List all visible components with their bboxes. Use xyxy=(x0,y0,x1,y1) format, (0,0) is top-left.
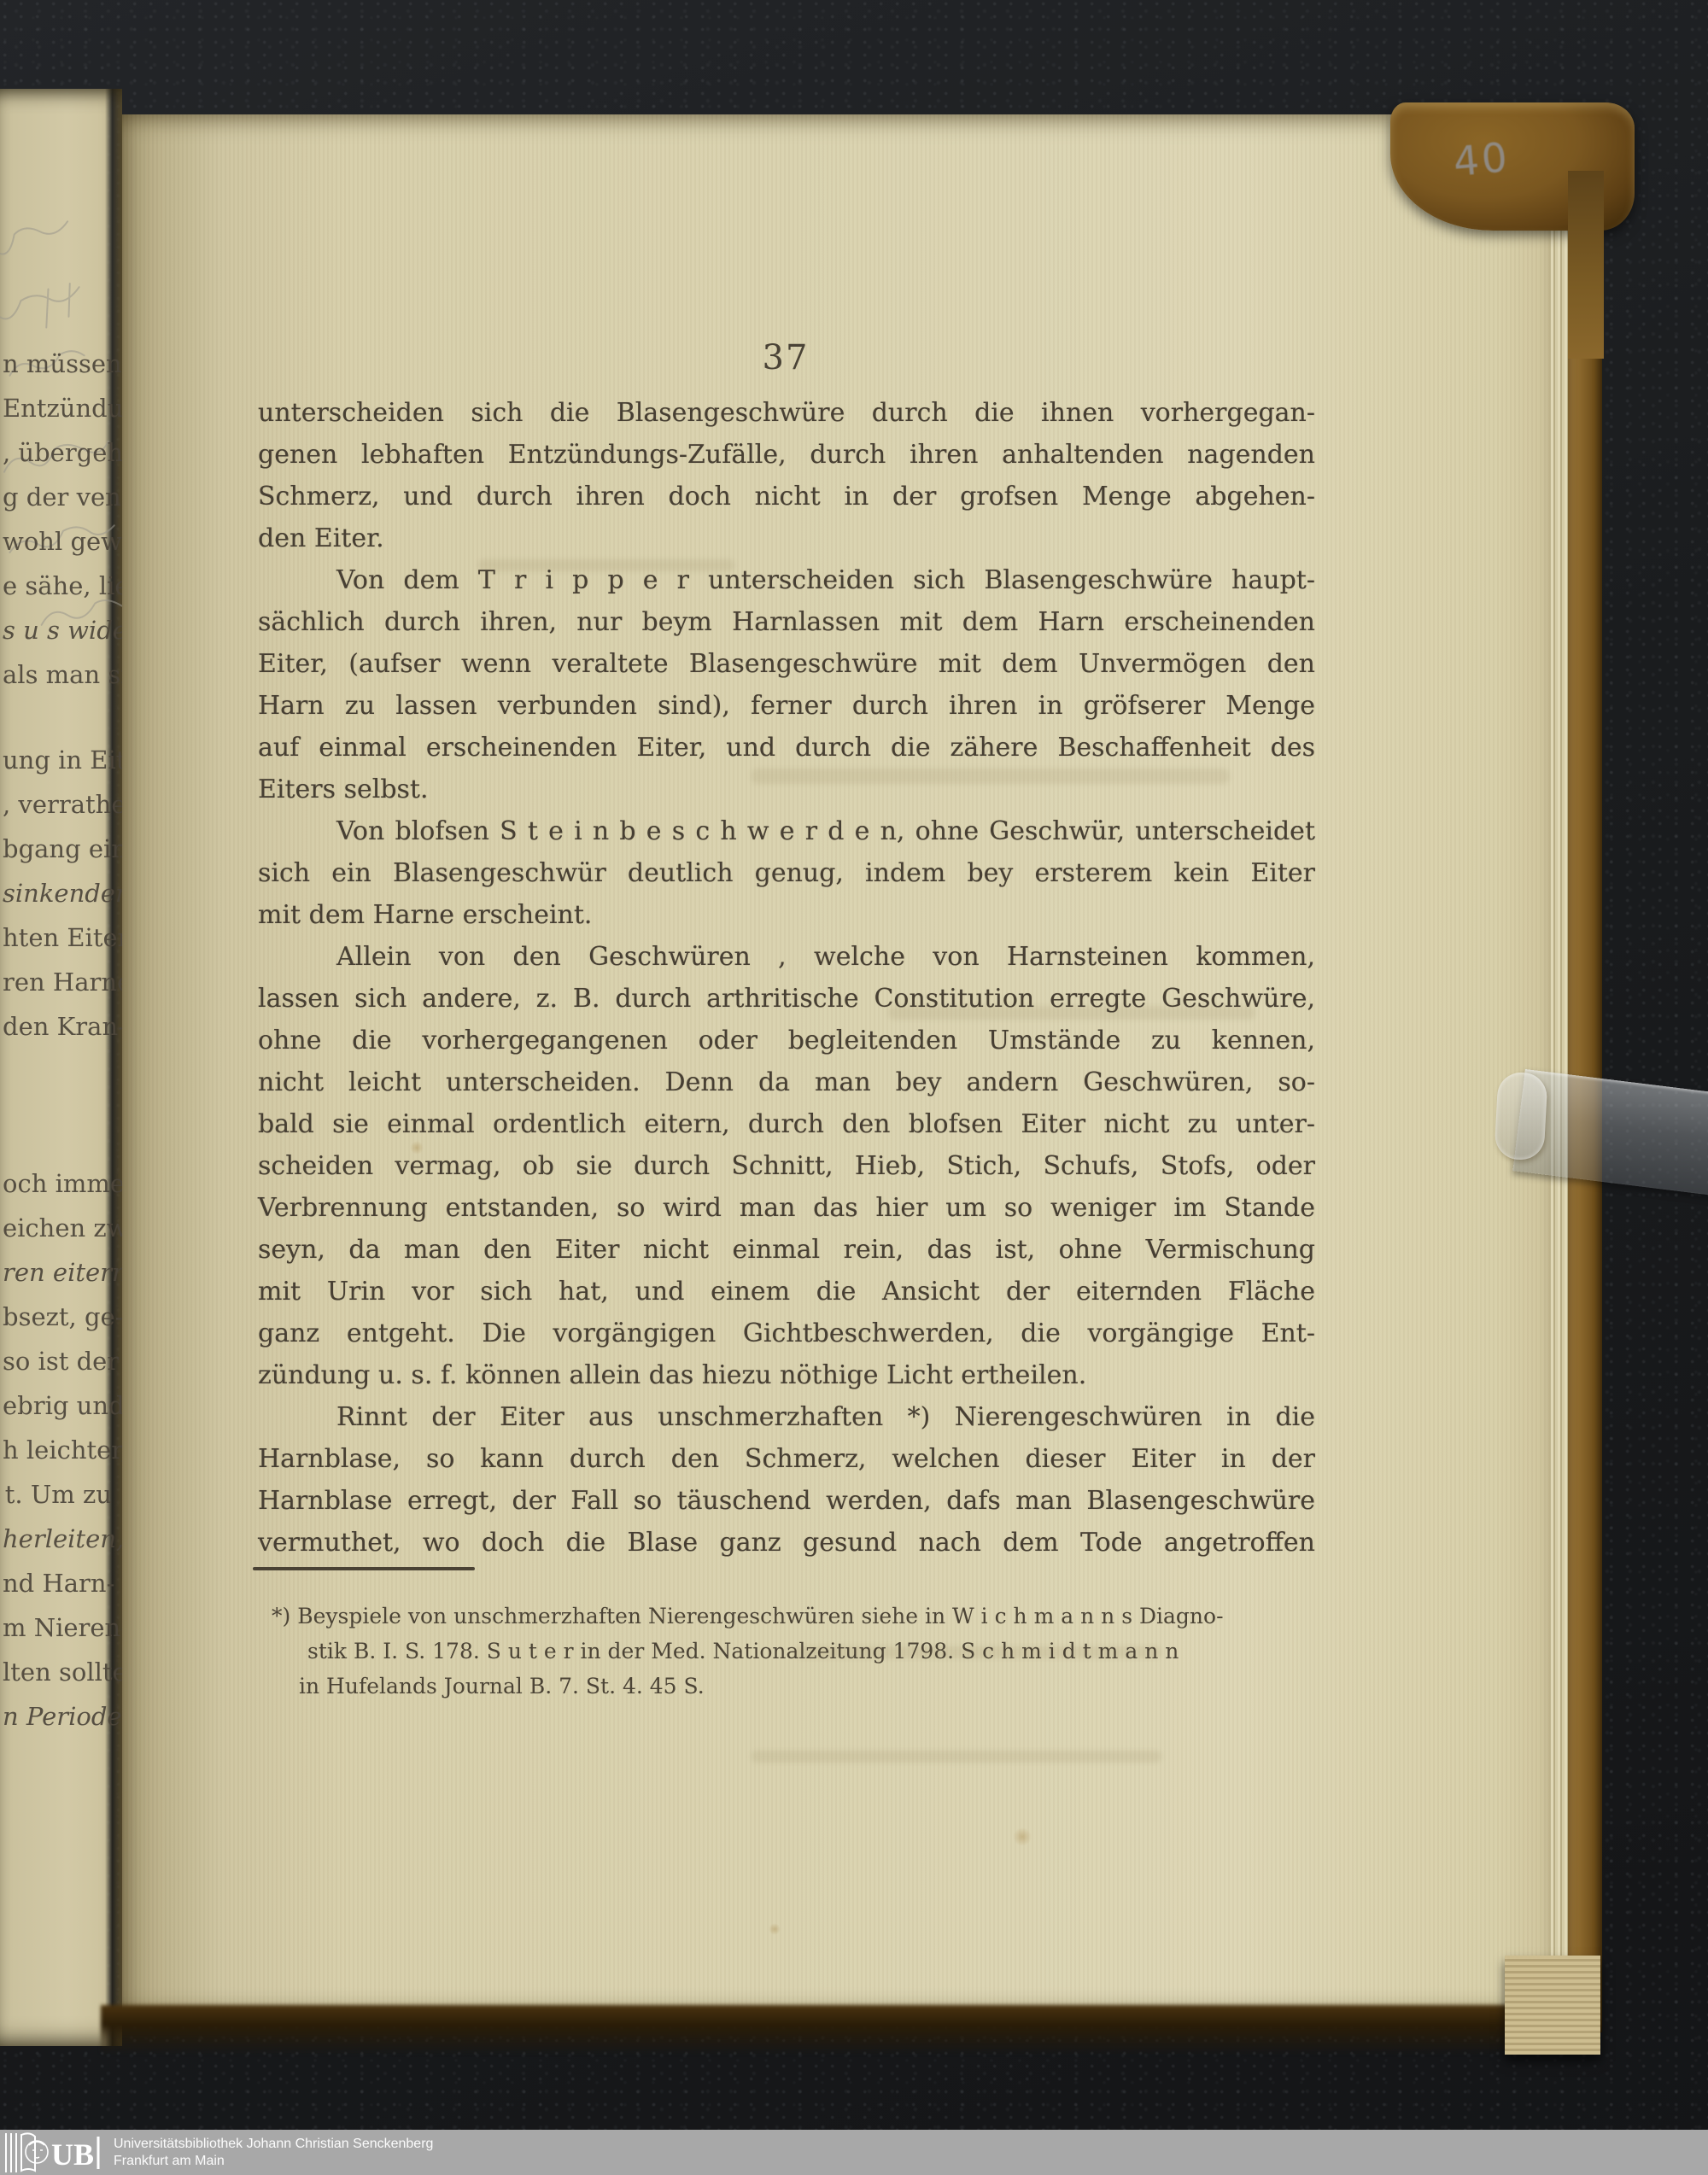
worn-corner-side xyxy=(1568,171,1604,359)
facing-text-line: h leichter, xyxy=(3,1428,112,1472)
facing-text-line: ung in Eite- xyxy=(3,738,112,782)
facing-text-line: , verrathen, xyxy=(3,782,112,827)
facing-text-line: den Kran- xyxy=(3,1004,112,1049)
book-scan-viewport: n müssen, soEntzündung,, übergehen.g der… xyxy=(0,0,1708,2175)
library-name: Universitätsbibliothek Johann Christian … xyxy=(114,2136,433,2170)
page-fore-edge xyxy=(1551,125,1570,2014)
text-line: Von dem T r i p p e r unterscheiden sich… xyxy=(258,559,1315,601)
library-footer-bar: UB Universitätsbibliothek Johann Christi… xyxy=(0,2130,1708,2175)
facing-text-line: eichen zwi- xyxy=(3,1206,112,1250)
facing-text-line: lten sollte. xyxy=(3,1650,112,1694)
footnote-block: *) Beyspiele von unschmerzhaften Niereng… xyxy=(272,1599,1313,1704)
facing-text-line: ren Harnes xyxy=(3,960,112,1004)
text-line: bald sie einmal ordentlich eitern, durch… xyxy=(258,1103,1315,1145)
text-line: Eiter, (aufser wenn veraltete Blasengesc… xyxy=(258,643,1315,685)
text-line: scheiden vermag, ob sie durch Schnitt, H… xyxy=(258,1145,1315,1187)
facing-text-line: so ist der xyxy=(3,1339,112,1383)
facing-text-line: als man sie xyxy=(3,652,112,697)
facing-text-line: e sähe, liefse xyxy=(3,564,112,608)
text-line: genen lebhaften Entzündungs-Zufälle, dur… xyxy=(258,434,1315,476)
text-line: zündung u. s. f. können allein das hiezu… xyxy=(258,1354,1315,1396)
text-line: sächlich durch ihren, nur beym Harnlasse… xyxy=(258,601,1315,643)
ink-bleedthrough xyxy=(752,1751,1161,1763)
text-line: nicht leicht unterscheiden. Denn da man … xyxy=(258,1061,1315,1103)
library-name-line2: Frankfurt am Main xyxy=(114,2153,433,2170)
facing-text-line: wohl gewifs, xyxy=(3,519,112,564)
text-line: mit Urin vor sich hat, und einem die Ans… xyxy=(258,1271,1315,1313)
facing-text-line: Entzündung, xyxy=(3,386,112,430)
facing-text-line: sinkenden, xyxy=(3,871,112,915)
facing-text-line: m Nieren- xyxy=(3,1605,112,1650)
facing-page-edge: n müssen, soEntzündung,, übergehen.g der… xyxy=(0,89,122,2046)
footnote-line: in Hufelands Journal B. 7. St. 4. 45 S. xyxy=(272,1669,1313,1704)
facing-text-line: , übergehen. xyxy=(3,430,112,475)
page-bottom-shadow xyxy=(101,2005,1571,2055)
text-line: Von blofsen S t e i n b e s c h w e r d … xyxy=(258,810,1315,852)
text-line: Rinnt der Eiter aus unschmerzhaften *) N… xyxy=(258,1396,1315,1438)
text-line: Verbrennung entstanden, so wird man das … xyxy=(258,1187,1315,1229)
pencil-folio-number: 40 xyxy=(1452,134,1512,186)
facing-page-text-column: n müssen, soEntzündung,, übergehen.g der… xyxy=(3,342,112,1739)
facing-text-line: hten Eiters, xyxy=(3,915,112,960)
text-line: seyn, da man den Eiter nicht einmal rein… xyxy=(258,1229,1315,1271)
text-line: Schmerz, und durch ihren doch nicht in d… xyxy=(258,476,1315,517)
text-line: auf einmal erscheinenden Eiter, und durc… xyxy=(258,727,1315,769)
footnote-line: *) Beyspiele von unschmerzhaften Niereng… xyxy=(272,1599,1313,1634)
text-line: Eiters selbst. xyxy=(258,769,1315,810)
footnote-line: stik B. I. S. 178. S u t e r in der Med.… xyxy=(272,1634,1313,1669)
bottom-corner-page-edges xyxy=(1505,1956,1600,2055)
foxing-spot xyxy=(1013,1827,1032,1846)
text-line: Harnblase erregt, der Fall so täuschend … xyxy=(258,1480,1315,1522)
foxing-spot xyxy=(769,1923,781,1935)
text-line: Harnblase, so kann durch den Schmerz, we… xyxy=(258,1438,1315,1480)
facing-text-line: n Periode, xyxy=(3,1694,112,1739)
text-line: vermuthet, wo doch die Blase ganz gesund… xyxy=(258,1522,1315,1564)
facing-text-line: nd Harn- xyxy=(3,1561,112,1605)
text-line: ohne die vorhergegangenen oder begleiten… xyxy=(258,1020,1315,1061)
footnote-rule xyxy=(253,1567,475,1570)
ub-logo-icon: UB xyxy=(3,2131,103,2174)
facing-text-line: och immer xyxy=(3,1161,112,1206)
text-line: sich ein Blasengeschwür deutlich genug, … xyxy=(258,852,1315,894)
facing-text-line: bsezt, ge- xyxy=(3,1295,112,1339)
main-text-block: unterscheiden sich die Blasengeschwüre d… xyxy=(258,392,1315,1564)
library-name-line1: Universitätsbibliothek Johann Christian … xyxy=(114,2136,433,2153)
text-line: lassen sich andere, z. B. durch arthriti… xyxy=(258,978,1315,1020)
bookmark-tab-clip xyxy=(1494,1072,1547,1161)
facing-text-line: ebrig und xyxy=(3,1383,112,1428)
facing-text-line: ren eitern, xyxy=(3,1250,112,1295)
text-line: mit dem Harne erscheint. xyxy=(258,894,1315,936)
page-number: 37 xyxy=(256,338,1315,377)
text-line: Allein von den Geschwüren , welche von H… xyxy=(258,936,1315,978)
text-line: ganz entgeht. Die vorgängigen Gichtbesch… xyxy=(258,1313,1315,1354)
facing-text-line: s u s wider- xyxy=(3,608,112,652)
facing-text-line: t. Um zu xyxy=(3,1472,112,1517)
facing-text-line: g der veneri- xyxy=(3,475,112,519)
facing-text-line: herleiten, xyxy=(3,1517,112,1561)
text-line: den Eiter. xyxy=(258,517,1315,559)
ub-logo-text: UB xyxy=(51,2137,94,2172)
text-line: Harn zu lassen verbunden sind), ferner d… xyxy=(258,685,1315,727)
text-line: unterscheiden sich die Blasengeschwüre d… xyxy=(258,392,1315,434)
facing-text-line: n müssen, so xyxy=(3,342,112,386)
facing-text-line: bgang eines xyxy=(3,827,112,871)
